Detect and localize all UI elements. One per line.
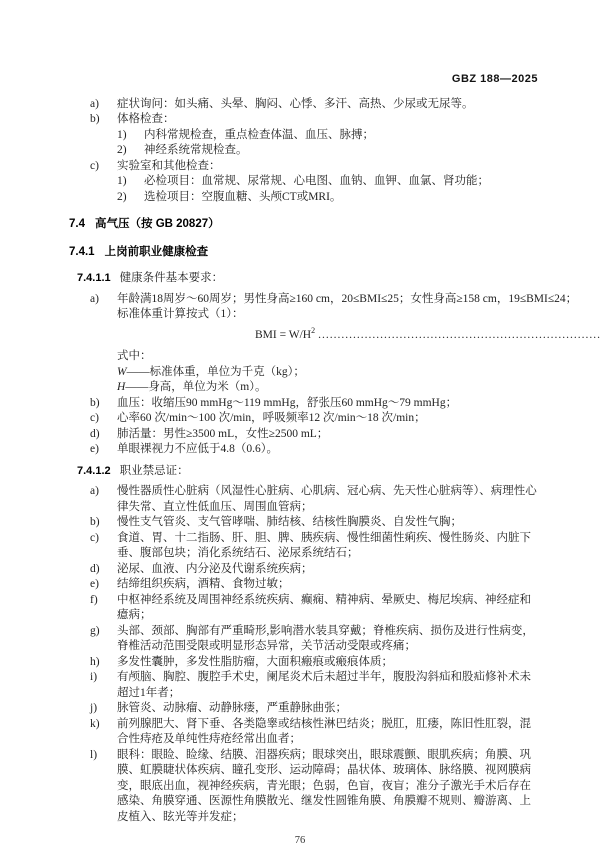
list-item-text: 中枢神经系统及周围神经系统疾病、癫痫、精神病、晕厥史、梅尼埃病、神经症和癔病； [117, 593, 540, 624]
list-item-text: 食道、胃、十二指肠、肝、胆、脾、胰疾病、慢性细菌性痢疾、慢性肠炎、内脏下垂、腹部… [117, 531, 540, 562]
contraindications-list: a) 慢性器质性心脏病（风湿性心脏病、心肌病、冠心病、先天性心脏病等）、病理性心… [90, 484, 540, 825]
where-intro: 式中： [117, 349, 600, 365]
page-number: 76 [60, 833, 540, 848]
list-item-text: 血压：收缩压90 mmHg～119 mmHg，舒张压60 mmHg～79 mmH… [117, 396, 540, 412]
list-item-text: 泌尿、血液、内分泌及代谢系统疾病； [117, 562, 540, 578]
list-item-text: 体格检查： [117, 112, 540, 128]
list-item-text: 肺活量：男性≥3500 mL，女性≥2500 mL； [117, 427, 540, 443]
where-definition-h: H——身高，单位为米（m）。 [117, 380, 600, 396]
list-item-text: 必检项目：血常规、尿常规、心电图、血钠、血钾、血氯、肾功能； [144, 174, 540, 190]
formula-intro: 标准体重计算按式（1）： [117, 307, 600, 323]
symbol-h-text: ——身高，单位为米（m）。 [125, 380, 266, 396]
list-item-text: 结缔组织疾病，酒精、食物过敏； [117, 577, 540, 593]
symbol-w-text: ——标准体重，单位为千克（kg）； [127, 365, 305, 381]
list-item-text: 头部、颈部、胸部有严重畸形,影响潜水装具穿戴；脊椎疾病、损伤及进行性病变，脊椎活… [117, 624, 540, 655]
list-item-label: e) [90, 442, 117, 458]
list-item: e) 结缔组织疾病，酒精、食物过敏； [90, 577, 540, 593]
list-item: l) 眼科：眼睑、睑缘、结膜、泪器疾病；眼球突出，眼球震颤、眼肌疾病；角膜、巩膜… [90, 748, 540, 826]
list-subitem: 1) 必检项目：血常规、尿常规、心电图、血钠、血钾、血氯、肾功能； [117, 174, 540, 190]
clause-heading-7-4-1-1: 7.4.1.1健康条件基本要求： [77, 271, 540, 287]
clause-title: 高气压（按 GB 20827） [95, 218, 220, 230]
list-item-text: 年龄满18周岁～60周岁；男性身高≥160 cm，20≤BMI≤25；女性身高≥… [117, 292, 600, 308]
doc-code-header: GBZ 188—2025 [60, 72, 540, 88]
list-item-label: 2) [117, 143, 144, 159]
where-definition-w: W——标准体重，单位为千克（kg）； [117, 365, 600, 381]
document-page: GBZ 188—2025 a) 症状询问：如头痛、头晕、胸闷、心悸、多汗、高热、… [0, 0, 600, 848]
list-item-label: a) [90, 97, 117, 113]
list-item-text: 脉管炎、动脉瘤、动静脉瘘，严重静脉曲张； [117, 701, 540, 717]
list-item-text: 多发性囊肿，多发性脂肪瘤，大面积瘢痕或瘢痕体质； [117, 655, 540, 671]
list-item-label: c) [90, 159, 117, 175]
list-item-text: 慢性支气管炎、支气管哮喘、肺结核、结核性胸膜炎、自发性气胸； [117, 515, 540, 531]
list-item-label: a) [90, 292, 117, 308]
list-item-label: j) [90, 701, 117, 717]
clause-heading-7-4: 7.4高气压（按 GB 20827） [69, 217, 540, 233]
list-item-label: h) [90, 655, 117, 671]
list-item-text: 前列腺肥大、肾下垂、各类隐睾或结核性淋巴结炎；脱肛，肛瘘，陈旧性肛裂，混合性痔疮… [117, 717, 540, 748]
list-item: b) 血压：收缩压90 mmHg～119 mmHg，舒张压60 mmHg～79 … [90, 396, 540, 412]
sublist: 1) 必检项目：血常规、尿常规、心电图、血钠、血钾、血氯、肾功能； 2) 选检项… [117, 174, 540, 205]
requirements-list: a) 年龄满18周岁～60周岁；男性身高≥160 cm，20≤BMI≤25；女性… [90, 292, 540, 458]
list-item-label: d) [90, 562, 117, 578]
list-item: d) 泌尿、血液、内分泌及代谢系统疾病； [90, 562, 540, 578]
list-subitem: 2) 选检项目：空腹血糖、头颅CT或MRI。 [117, 190, 540, 206]
clause-title: 上岗前职业健康检查 [105, 246, 209, 258]
list-item: j) 脉管炎、动脉瘤、动静脉瘘，严重静脉曲张； [90, 701, 540, 717]
bmi-formula: BMI = W/H2 [255, 328, 315, 344]
formula-row: BMI = W/H2 .............................… [117, 328, 600, 344]
list-item-label: f) [90, 593, 117, 609]
list-subitem: 1) 内科常规检查，重点检查体温、血压、脉搏； [117, 128, 540, 144]
list-item: c) 心率60 次/min～100 次/min，呼吸频率12 次/min～18 … [90, 411, 540, 427]
list-item: d) 肺活量：男性≥3500 mL，女性≥2500 mL； [90, 427, 540, 443]
list-item: f) 中枢神经系统及周围神经系统疾病、癫痫、精神病、晕厥史、梅尼埃病、神经症和癔… [90, 593, 540, 624]
list-item-text: 选检项目：空腹血糖、头颅CT或MRI。 [144, 190, 540, 206]
list-item-text: 内科常规检查，重点检查体温、血压、脉搏； [144, 128, 540, 144]
list-item-text: 症状询问：如头痛、头晕、胸闷、心悸、多汗、高热、少尿或无尿等。 [117, 97, 540, 113]
list-item: a) 症状询问：如头痛、头晕、胸闷、心悸、多汗、高热、少尿或无尿等。 [90, 97, 540, 113]
symbol-w: W [117, 365, 127, 381]
list-item-text: 慢性器质性心脏病（风湿性心脏病、心肌病、冠心病、先天性心脏病等）、病理性心律失常… [117, 484, 540, 515]
list-item: h) 多发性囊肿，多发性脂肪瘤，大面积瘢痕或瘢痕体质； [90, 655, 540, 671]
clause-heading-7-4-1: 7.4.1上岗前职业健康检查 [69, 245, 540, 261]
list-item: e) 单眼裸视力不应低于4.8（0.6）。 [90, 442, 540, 458]
list-item-label: a) [90, 484, 117, 500]
list-item: g) 头部、颈部、胸部有严重畸形,影响潜水装具穿戴；脊椎疾病、损伤及进行性病变，… [90, 624, 540, 655]
list-item-label: 1) [117, 128, 144, 144]
list-item-text: 眼科：眼睑、睑缘、结膜、泪器疾病；眼球突出，眼球震颤、眼肌疾病；角膜、巩膜、虹膜… [117, 748, 540, 826]
list-item: b) 慢性支气管炎、支气管哮喘、肺结核、结核性胸膜炎、自发性气胸； [90, 515, 540, 531]
sublist: 1) 内科常规检查，重点检查体温、血压、脉搏； 2) 神经系统常规检查。 [117, 128, 540, 159]
list-item-label: l) [90, 748, 117, 764]
clause-title: 职业禁忌证： [120, 465, 189, 477]
list-item-text: 实验室和其他检查： [117, 159, 540, 175]
list-item-label: c) [90, 531, 117, 547]
list-item-text: 心率60 次/min～100 次/min，呼吸频率12 次/min～18 次/m… [117, 411, 540, 427]
list-item-body: 年龄满18周岁～60周岁；男性身高≥160 cm，20≤BMI≤25；女性身高≥… [117, 292, 600, 396]
list-item-text: 神经系统常规检查。 [144, 143, 540, 159]
list-item-label: b) [90, 515, 117, 531]
list-item-text: 有颅脑、胸腔、腹腔手术史，阑尾炎术后未超过半年，腹股沟斜疝和股疝修补术未超过1年… [117, 670, 540, 701]
clause-number: 7.4 [69, 218, 85, 230]
list-item: k) 前列腺肥大、肾下垂、各类隐睾或结核性淋巴结炎；脱肛，肛瘘，陈旧性肛裂，混合… [90, 717, 540, 748]
list-item-text: 单眼裸视力不应低于4.8（0.6）。 [117, 442, 540, 458]
list-item-label: c) [90, 411, 117, 427]
formula-leader-dots: ........................................… [318, 328, 600, 344]
clause-number: 7.4.1 [69, 246, 95, 258]
list-item-label: b) [90, 396, 117, 412]
list-item-label: g) [90, 624, 117, 640]
list-item-label: k) [90, 717, 117, 733]
list-item-label: e) [90, 577, 117, 593]
list-item-label: i) [90, 670, 117, 686]
intro-list: a) 症状询问：如头痛、头晕、胸闷、心悸、多汗、高热、少尿或无尿等。 b) 体格… [90, 97, 540, 206]
list-item: c) 食道、胃、十二指肠、肝、胆、脾、胰疾病、慢性细菌性痢疾、慢性肠炎、内脏下垂… [90, 531, 540, 562]
list-item: c) 实验室和其他检查： [90, 159, 540, 175]
list-item: a) 年龄满18周岁～60周岁；男性身高≥160 cm，20≤BMI≤25；女性… [90, 292, 540, 396]
clause-number: 7.4.1.1 [77, 272, 111, 284]
list-item-label: b) [90, 112, 117, 128]
list-item: b) 体格检查： [90, 112, 540, 128]
list-item-label: 1) [117, 174, 144, 190]
clause-number: 7.4.1.2 [77, 465, 111, 477]
list-subitem: 2) 神经系统常规检查。 [117, 143, 540, 159]
list-item-label: d) [90, 427, 117, 443]
clause-heading-7-4-1-2: 7.4.1.2职业禁忌证： [77, 464, 540, 480]
list-item-label: 2) [117, 190, 144, 206]
clause-title: 健康条件基本要求： [120, 272, 224, 284]
list-item: i) 有颅脑、胸腔、腹腔手术史，阑尾炎术后未超过半年，腹股沟斜疝和股疝修补术未超… [90, 670, 540, 701]
list-item: a) 慢性器质性心脏病（风湿性心脏病、心肌病、冠心病、先天性心脏病等）、病理性心… [90, 484, 540, 515]
formula-superscript: 2 [311, 326, 315, 335]
